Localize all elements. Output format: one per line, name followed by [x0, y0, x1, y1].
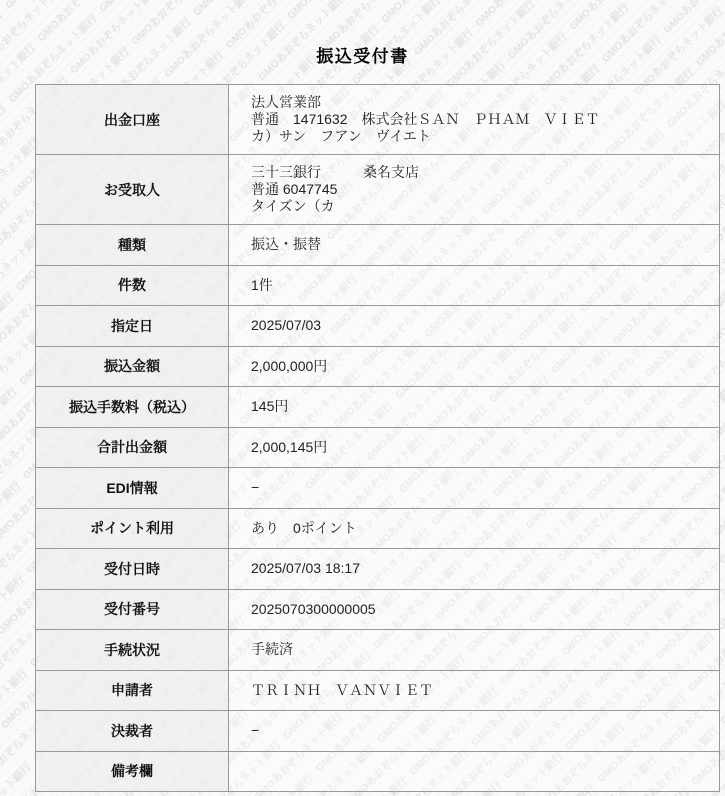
- row-value-line: 2025/07/03 18:17: [251, 560, 709, 577]
- table-row: お受取人 三十三銀行 桑名支店普通 6047745タイズン（カ: [36, 155, 720, 225]
- row-value-line: −: [251, 722, 709, 739]
- table-row: 合計出金額 2,000,145円: [36, 427, 720, 468]
- row-label: 種類: [36, 225, 229, 266]
- table-row: 受付日時 2025/07/03 18:17: [36, 549, 720, 590]
- page-title: 振込受付書: [0, 42, 725, 67]
- row-value-line: 2025/07/03: [251, 317, 709, 334]
- row-value-line: 普通 1471632 株式会社ＳＡＮ ＰＨＡＭ ＶＩＥＴ: [251, 111, 709, 128]
- row-label: 申請者: [36, 670, 229, 711]
- row-value-line: カ）サン フアン ヴイエト: [251, 128, 709, 145]
- row-label: 受付日時: [36, 549, 229, 590]
- row-label: 指定日: [36, 306, 229, 347]
- row-value: 2,000,145円: [229, 427, 720, 468]
- row-value: −: [229, 711, 720, 752]
- table-row: 申請者 ＴＲＩＮＨ ＶＡＮＶＩＥＴ: [36, 670, 720, 711]
- row-label: EDI情報: [36, 468, 229, 509]
- row-label: 振込手数料（税込）: [36, 387, 229, 428]
- receipt-table: 出金口座 法人営業部普通 1471632 株式会社ＳＡＮ ＰＨＡＭ ＶＩＥＴカ）…: [35, 84, 720, 792]
- table-row: 振込金額 2,000,000円: [36, 346, 720, 387]
- row-label: 件数: [36, 265, 229, 306]
- table-row: EDI情報 −: [36, 468, 720, 509]
- row-label: 合計出金額: [36, 427, 229, 468]
- row-value-line: 145円: [251, 398, 709, 415]
- row-value-line: 普通 6047745: [251, 181, 709, 198]
- table-row: 件数 1件: [36, 265, 720, 306]
- table-row: 出金口座 法人営業部普通 1471632 株式会社ＳＡＮ ＰＨＡＭ ＶＩＥＴカ）…: [36, 85, 720, 155]
- row-value: 145円: [229, 387, 720, 428]
- row-value-line: 手続済: [251, 641, 709, 658]
- row-label: 手続状況: [36, 630, 229, 671]
- row-value: 2,000,000円: [229, 346, 720, 387]
- table-row: 手続状況 手続済: [36, 630, 720, 671]
- row-value: 法人営業部普通 1471632 株式会社ＳＡＮ ＰＨＡＭ ＶＩＥＴカ）サン フア…: [229, 85, 720, 155]
- table-row: 種類 振込・振替: [36, 225, 720, 266]
- row-value: −: [229, 468, 720, 509]
- row-value-line: 三十三銀行 桑名支店: [251, 164, 709, 181]
- row-value-line: 2025070300000005: [251, 601, 709, 618]
- row-value: 2025070300000005: [229, 589, 720, 630]
- row-value-line: 法人営業部: [251, 94, 709, 111]
- row-value: ＴＲＩＮＨ ＶＡＮＶＩＥＴ: [229, 670, 720, 711]
- row-label: 振込金額: [36, 346, 229, 387]
- table-row: ポイント利用 あり 0ポイント: [36, 508, 720, 549]
- row-value-line: 1件: [251, 277, 709, 294]
- row-value: 1件: [229, 265, 720, 306]
- row-value-line: 2,000,145円: [251, 439, 709, 456]
- row-label: ポイント利用: [36, 508, 229, 549]
- row-value: 手続済: [229, 630, 720, 671]
- row-value-line: −: [251, 479, 709, 496]
- row-value-line: タイズン（カ: [251, 198, 709, 215]
- row-value: [229, 751, 720, 792]
- row-value: 振込・振替: [229, 225, 720, 266]
- row-label: 受付番号: [36, 589, 229, 630]
- row-value-line: 振込・振替: [251, 236, 709, 253]
- row-value: 2025/07/03 18:17: [229, 549, 720, 590]
- table-row: 指定日 2025/07/03: [36, 306, 720, 347]
- table-row: 振込手数料（税込） 145円: [36, 387, 720, 428]
- row-label: 出金口座: [36, 85, 229, 155]
- row-value: あり 0ポイント: [229, 508, 720, 549]
- row-value: 三十三銀行 桑名支店普通 6047745タイズン（カ: [229, 155, 720, 225]
- row-label: 備考欄: [36, 751, 229, 792]
- table-row: 受付番号 2025070300000005: [36, 589, 720, 630]
- row-value-line: あり 0ポイント: [251, 520, 709, 537]
- row-value-line: 2,000,000円: [251, 358, 709, 375]
- row-value-line: ＴＲＩＮＨ ＶＡＮＶＩＥＴ: [251, 682, 709, 699]
- row-label: 決裁者: [36, 711, 229, 752]
- receipt-page: 振込受付書 出金口座 法人営業部普通 1471632 株式会社ＳＡＮ ＰＨＡＭ …: [0, 0, 725, 792]
- row-label: お受取人: [36, 155, 229, 225]
- table-row: 備考欄: [36, 751, 720, 792]
- row-value: 2025/07/03: [229, 306, 720, 347]
- receipt-table-body: 出金口座 法人営業部普通 1471632 株式会社ＳＡＮ ＰＨＡＭ ＶＩＥＴカ）…: [36, 85, 720, 792]
- table-row: 決裁者 −: [36, 711, 720, 752]
